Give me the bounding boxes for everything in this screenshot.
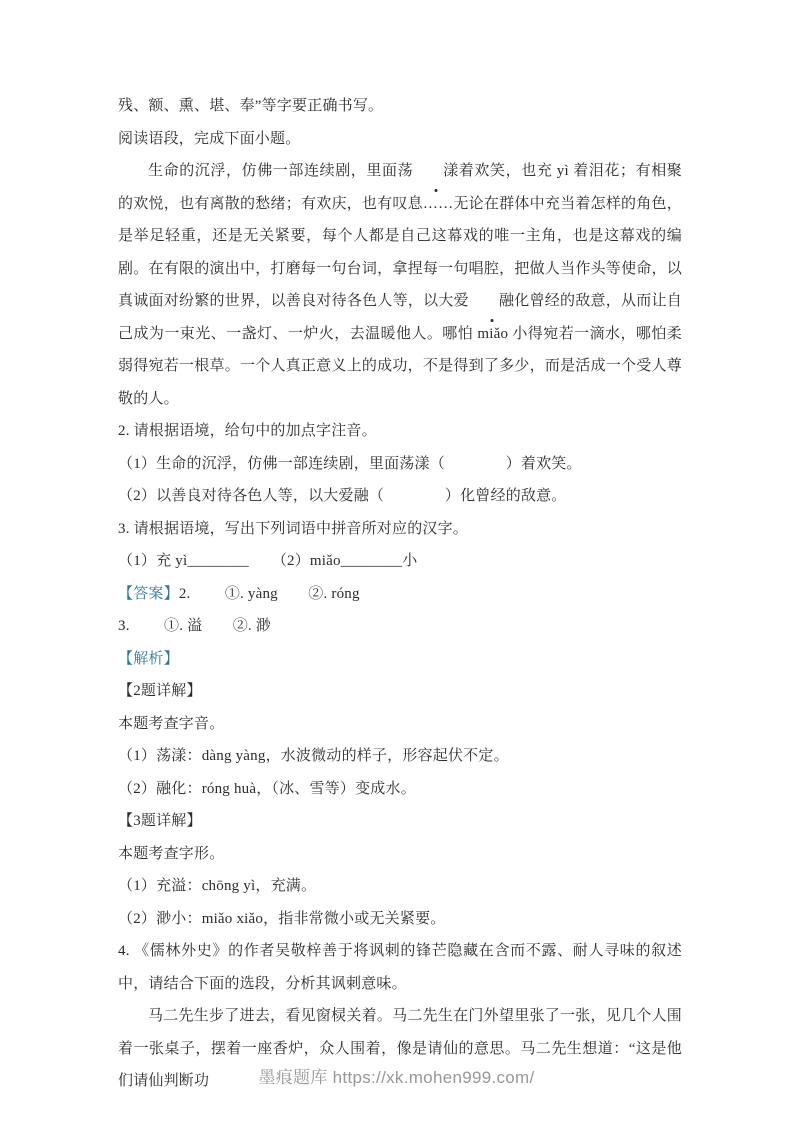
detail-3-item-1: （1）充溢：chōng yì，充满。 [118, 870, 682, 903]
question-4-stem: 4. 《儒林外史》的作者吴敬梓善于将讽刺的锋芒隐藏在含而不露、耐人寻味的叙述中，… [118, 935, 682, 1000]
question-3-items: （1）充 yì________ （2）miǎo________小 [118, 545, 682, 578]
answer-2-values: 2. ①. yàng ②. róng [179, 586, 360, 602]
detail-2-item-1: （1）荡漾：dàng yàng，水波微动的样子，形容起伏不定。 [118, 740, 682, 773]
detail-2-intro: 本题考查字音。 [118, 708, 682, 741]
question-2-item-2: （2）以善良对待各色人等，以大爱融（ ）化曾经的敌意。 [118, 480, 682, 513]
answer-label: 【答案】 [118, 586, 179, 602]
reading-prompt: 阅读语段，完成下面小题。 [118, 123, 682, 156]
passage-text: 着欢笑，也充 yì 着泪花；有相聚的欢悦，也有离散的愁绪；有欢庆，也有叹息……无… [118, 163, 682, 309]
carryover-line: 残、额、熏、堪、奉”等字要正确书写。 [118, 90, 682, 123]
emphasized-char-yang: 漾 [413, 155, 458, 188]
question-2-item-1: （1）生命的沉浮，仿佛一部连续剧，里面荡漾（ ）着欢笑。 [118, 448, 682, 481]
detail-3-heading: 【3题详解】 [118, 805, 682, 838]
question-2-stem: 2. 请根据语境，给句中的加点字注音。 [118, 415, 682, 448]
detail-2-item-2: （2）融化：róng huà，（冰、雪等）变成水。 [118, 773, 682, 806]
passage-text: 生命的沉浮，仿佛一部连续剧，里面荡 [148, 163, 413, 179]
exam-content: 残、额、熏、堪、奉”等字要正确书写。 阅读语段，完成下面小题。 生命的沉浮，仿佛… [118, 90, 682, 1098]
exam-document-page: 残、额、熏、堪、奉”等字要正确书写。 阅读语段，完成下面小题。 生命的沉浮，仿佛… [0, 0, 793, 1122]
detail-3-item-2: （2）渺小：miǎo xiǎo，指非常微小或无关紧要。 [118, 903, 682, 936]
detail-3-intro: 本题考查字形。 [118, 838, 682, 871]
analysis-label: 【解析】 [118, 643, 682, 676]
answer-line-2: 3. ①. 溢 ②. 渺 [118, 610, 682, 643]
watermark-footer: 墨痕题库 https://xk.mohen999.com/ [0, 1063, 793, 1088]
passage-text: 化曾经的敌意，从而让自己成为一束光、一盏灯、一炉火，去温暖他人。哪怕 miǎo … [118, 293, 682, 407]
emphasized-char-rong: 融 [469, 285, 514, 318]
detail-2-heading: 【2题详解】 [118, 675, 682, 708]
answer-line-1: 【答案】2. ①. yàng ②. róng [118, 578, 682, 611]
passage-paragraph: 生命的沉浮，仿佛一部连续剧，里面荡漾着欢笑，也充 yì 着泪花；有相聚的欢悦，也… [118, 155, 682, 415]
question-3-stem: 3. 请根据语境，写出下列词语中拼音所对应的汉字。 [118, 513, 682, 546]
